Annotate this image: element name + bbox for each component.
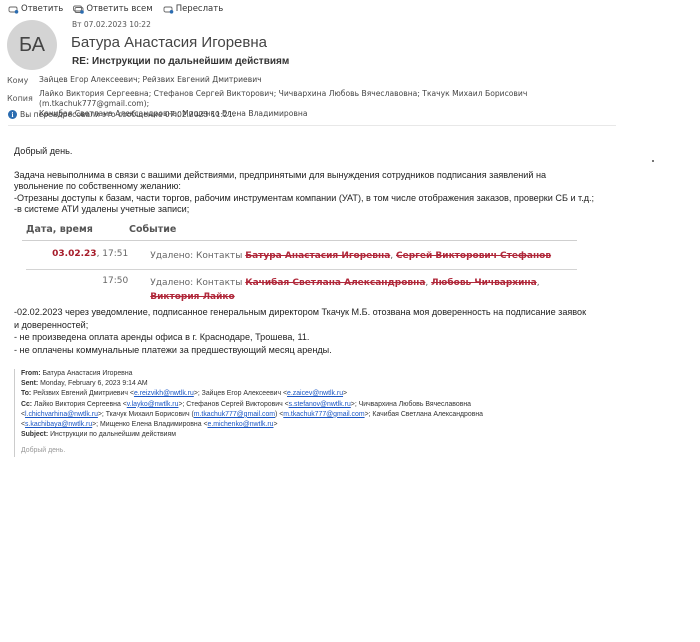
message-body-continued: -02.02.2023 через уведомление, подписанн… (14, 306, 654, 356)
cc-label: Cc: (21, 401, 32, 408)
row-event: Удалено: Контакты Качибая Светлана Алекс… (128, 276, 577, 304)
forward-button[interactable]: Переслать (163, 4, 224, 14)
email-link[interactable]: m.tkachuk777@gmail.com (283, 411, 364, 418)
reply-all-label: Ответить всем (86, 4, 152, 14)
row-time: 17:50 (102, 276, 128, 286)
subject-label: Subject: (21, 431, 48, 438)
recipient-name: Рейзвих Евгений Дмитриевич < (33, 390, 134, 397)
quoted-to: To: Рейзвих Евгений Дмитриевич <e.reizvi… (21, 389, 491, 399)
message-toolbar: Ответить Ответить всем Переслать (8, 4, 223, 14)
recipient-name: >; Мищенко Елена Владимировна < (92, 421, 207, 428)
table-row: 03.02.23, 17:51 Удалено: Контакты Батура… (26, 241, 577, 270)
email-link[interactable]: m.tkachuk777@gmail.com (194, 411, 275, 418)
cc-label: Копия (7, 94, 33, 103)
row-time: , 17:51 (97, 249, 129, 259)
email-link[interactable]: e.reizvikh@nwtlk.ru (134, 390, 194, 397)
header-divider (8, 125, 616, 126)
quoted-greeting: Добрый день. (21, 446, 491, 456)
row-date: 03.02.23 (52, 249, 96, 259)
row-event: Удалено: Контакты Батура Анастасия Игоре… (128, 249, 577, 263)
events-table: Дата, время Событие 03.02.23, 17:51 Удал… (22, 224, 577, 304)
deleted-contact: Батура Анастасия Игоревна (245, 251, 390, 261)
para1-line1: Задача невыполнима в связи с вашими дейс… (14, 170, 654, 182)
separator: > (273, 421, 277, 428)
forward-icon (163, 5, 174, 14)
item-5: - не оплачены коммунальные платежи за пр… (14, 344, 654, 357)
deleted-contact: Виктория Лайко (150, 292, 234, 302)
separator: > (343, 390, 347, 397)
event-prefix: Удалено: Контакты (150, 278, 245, 288)
item-3-line1: -02.02.2023 через уведомление, подписанн… (14, 306, 654, 319)
forwarded-info-text: Вы переадресовали это сообщение 07.02.20… (20, 110, 235, 119)
message-body: Добрый день. Задача невыполнима в связи … (14, 146, 654, 216)
quoted-message: From: Батура Анастасия Игоревна Sent: Mo… (14, 369, 491, 457)
email-link[interactable]: e.zaicev@nwtlk.ru (287, 390, 343, 397)
row-datetime: 03.02.23, 17:51 (26, 249, 128, 263)
message-date: Вт 07.02.2023 10:22 (72, 20, 151, 29)
col-event-header: Событие (129, 224, 176, 240)
event-prefix: Удалено: Контакты (150, 251, 245, 261)
quoted-sent: Sent: Monday, February 6, 2023 9:14 AM (21, 379, 491, 389)
sender-name[interactable]: Батура Анастасия Игоревна (71, 34, 267, 51)
email-link[interactable]: v.layko@nwtlk.ru (127, 401, 179, 408)
item-3-line2: и доверенностей; (14, 319, 654, 332)
deleted-contact: Сергей Викторович Стефанов (396, 251, 551, 261)
para1-line2: увольнение по собственному желанию: (14, 181, 654, 193)
row-datetime: 17:50 (26, 276, 128, 304)
to-label: Кому (7, 76, 28, 85)
email-link[interactable]: l.chichvarhina@nwtlk.ru (25, 411, 98, 418)
reply-button[interactable]: Ответить (8, 4, 63, 14)
email-link[interactable]: e.michenko@nwtlk.ru (207, 421, 273, 428)
recipient-name: >; Зайцев Егор Алексеевич < (194, 390, 287, 397)
to-label: To: (21, 390, 31, 397)
from-label: From: (21, 370, 41, 377)
recipient-name: >; Ткачук Михаил Борисович ( (98, 411, 194, 418)
sent-label: Sent: (21, 380, 38, 387)
col-date-header: Дата, время (22, 224, 129, 240)
item-1: -Отрезаны доступы к базам, части торгов,… (14, 193, 654, 205)
email-link[interactable]: s.stefanov@nwtlk.ru (289, 401, 351, 408)
reply-label: Ответить (21, 4, 63, 14)
quoted-from: From: Батура Анастасия Игоревна (21, 369, 491, 379)
stray-dot (652, 160, 654, 162)
quoted-subject: Subject: Инструкции по дальнейшим действ… (21, 430, 491, 440)
reply-all-icon (73, 5, 84, 14)
forwarded-info: i Вы переадресовали это сообщение 07.02.… (8, 110, 235, 119)
item-2: -в системе АТИ удалены учетные записи; (14, 204, 654, 216)
from-value: Батура Анастасия Игоревна (42, 370, 132, 377)
to-recipients[interactable]: Зайцев Егор Алексеевич; Рейзвих Евгений … (39, 75, 619, 85)
greeting: Добрый день. (14, 146, 654, 158)
forward-label: Переслать (176, 4, 224, 14)
subject-value: Инструкции по дальнейшим действиям (50, 431, 176, 438)
avatar[interactable]: БА (7, 20, 57, 70)
recipient-name: >; Стефанов Сергей Викторович < (178, 401, 288, 408)
item-4: - не произведена оплата аренды офиса в г… (14, 331, 654, 344)
recipient-name: Лайко Виктория Сергеевна < (34, 401, 127, 408)
message-subject: RE: Инструкции по дальнейшим действиям (72, 56, 289, 67)
info-icon: i (8, 110, 17, 119)
cc-line-1: Лайко Виктория Сергеевна; Стефанов Серге… (39, 89, 619, 109)
deleted-contact: Любовь Чичвархина (431, 278, 537, 288)
quoted-cc: Cc: Лайко Виктория Сергеевна <v.layko@nw… (21, 400, 491, 431)
sent-value: Monday, February 6, 2023 9:14 AM (40, 380, 148, 387)
reply-icon (8, 5, 19, 14)
table-row: 17:50 Удалено: Контакты Качибая Светлана… (22, 270, 577, 304)
reply-all-button[interactable]: Ответить всем (73, 4, 152, 14)
email-link[interactable]: s.kachibaya@nwtlk.ru (25, 421, 92, 428)
table-header: Дата, время Событие (22, 224, 577, 241)
deleted-contact: Качибая Светлана Александровна (245, 278, 425, 288)
